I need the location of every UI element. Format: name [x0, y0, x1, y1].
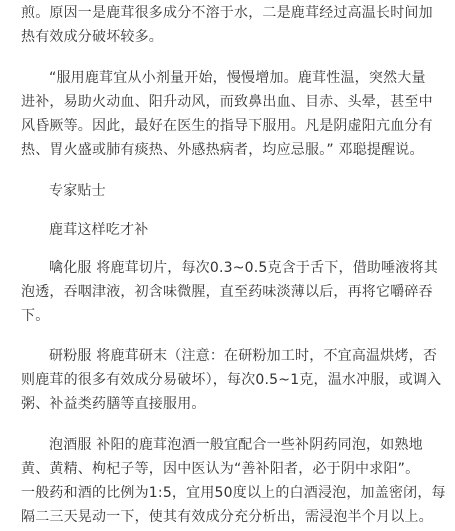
text-line: 风昏厥等。因此，最好在医生的指导下服用。凡是阴虚阳亢血分有	[21, 114, 433, 138]
text-line: 一般药和酒的比例为1:5，宜用50度以上的白酒浸泡，加盖密闭，每	[21, 481, 446, 505]
text-line: 煎。原因一是鹿茸很多成分不溶于水，二是鹿茸经过高温长时间加	[21, 1, 433, 25]
text-line: 隔二三天晃动一下，使其有效成分充分析出，需浸泡半个月以上。	[21, 505, 433, 529]
text-line: 下。	[21, 304, 49, 328]
text-line: 黄、黄精、枸杞子等，因中医认为“善补阳者，必于阴中求阳”。	[21, 457, 419, 481]
text-line: 泡酒服 补阳的鹿茸泡酒一般宜配合一些补阴药同泡，如熟地	[49, 433, 423, 457]
text-line: 进补，易助火动血、阳升动风，而致鼻出血、目赤、头晕，甚至中	[21, 90, 433, 114]
text-line: 泡透，吞咽津液，初含味微腥，直至药味淡薄以后，再将它嚼碎吞	[21, 280, 433, 304]
text-line: 则鹿茸的很多有效成分易破坏），每次0.5~1克，温水冲服，或调入	[21, 368, 441, 392]
text-line: 热、胃火盛或肺有痰热、外感热病者，均应忌服。” 邓聪提醒说。	[21, 138, 424, 162]
text-line: 噙化服 将鹿茸切片，每次0.3~0.5克含于舌下，借助唾液将其	[49, 256, 438, 280]
text-line: “服用鹿茸宜从小剂量开始，慢慢增加。鹿茸性温，突然大量	[49, 66, 426, 90]
text-line: 专家贴士	[49, 179, 106, 203]
text-line: 鹿茸这样吃才补	[49, 218, 148, 242]
text-line: 热有效成分破坏较多。	[21, 25, 163, 49]
text-line: 研粉服 将鹿茸研末（注意：在研粉加工时，不宜高温烘烤，否	[49, 344, 437, 368]
text-line: 粥、补益类药膳等直接服用。	[21, 392, 206, 416]
